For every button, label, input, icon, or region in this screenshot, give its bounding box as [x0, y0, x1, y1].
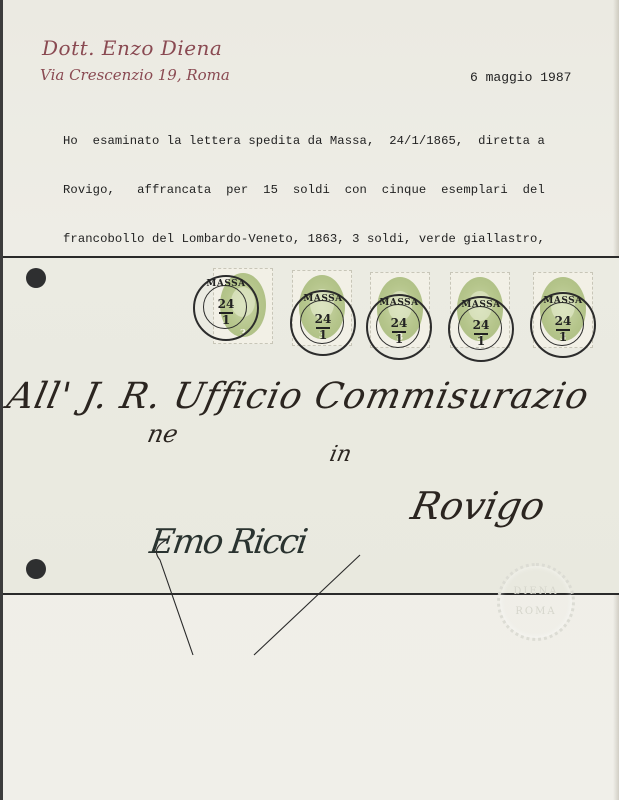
- body-line: francobollo del Lombardo-Veneto, 1863, 3…: [63, 231, 563, 247]
- body-line: Rovigo, affrancata per 15 soldi con cinq…: [63, 182, 563, 198]
- address-line: ne: [145, 420, 181, 448]
- punch-hole: [26, 268, 46, 288]
- letterhead-address: Via Crescenzio 19, Roma: [40, 66, 230, 84]
- letterhead-name: Dott. Enzo Diena: [42, 36, 222, 60]
- certificate-date: 6 maggio 1987: [470, 70, 571, 85]
- postmark: MASSA 24 1: [530, 292, 596, 358]
- postmark: MASSA 24 1: [290, 290, 356, 356]
- postmark: MASSA 24 1: [193, 275, 259, 341]
- expert-signature: Emo Ricci: [147, 522, 308, 562]
- address-city: Rovigo: [407, 484, 549, 528]
- emboss-seal: DIENA ROMA: [497, 563, 575, 641]
- punch-hole: [26, 559, 46, 579]
- address-line: All' J. R. Ufficio Commisurazio: [4, 376, 593, 417]
- body-line: Ho esaminato la lettera spedita da Massa…: [63, 133, 563, 149]
- postmark: MASSA 24 1: [448, 296, 514, 362]
- certificate-page: Dott. Enzo Diena Via Crescenzio 19, Roma…: [0, 0, 619, 800]
- postmark: MASSA 24 1: [366, 294, 432, 360]
